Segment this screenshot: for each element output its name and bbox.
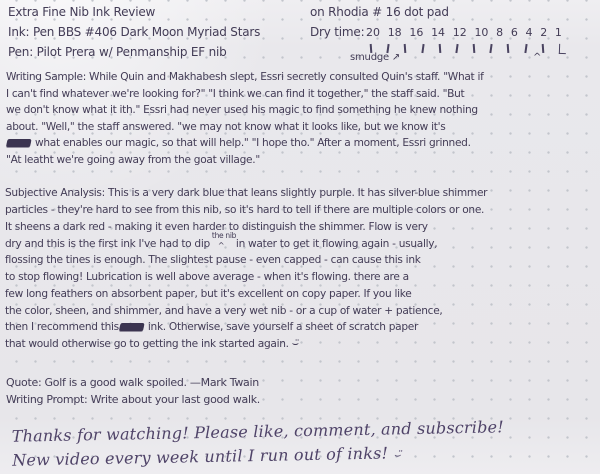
dry-time-scale: 20 18 16 14 12 10 8 6 4 2 1 xyxy=(366,26,562,39)
subjective-line: the color, sheen, and shimmer, and have … xyxy=(5,303,487,320)
writing-sample-line: I can't find whatever we're looking for?… xyxy=(6,86,484,103)
subjective-line: Subjective Analysis: This is a very dark… xyxy=(5,185,487,202)
writing-sample-line-text: what enables our magic, so that will hel… xyxy=(35,137,471,149)
writing-sample-line: what enables our magic, so that will hel… xyxy=(6,135,484,152)
dry-time-tick xyxy=(559,44,566,54)
writing-prompt-line: Writing Prompt: Write about your last go… xyxy=(6,391,260,408)
dry-time-value: 14 xyxy=(431,26,445,39)
writing-sample-line: Writing Sample: While Quin and Makhabesh… xyxy=(6,69,484,86)
outro-line-text: New video every week until I run out of … xyxy=(12,444,388,470)
scribble-redaction xyxy=(6,139,32,147)
subjective-line-text: ink. Otherwise, save yourself a sheet of… xyxy=(148,321,418,333)
subjective-line: then I recommend thisink. Otherwise, sav… xyxy=(5,319,487,336)
dry-time-value: 8 xyxy=(496,26,503,39)
subjective-line-text: that would otherwise go to getting the i… xyxy=(5,338,289,350)
subjective-line: to stop flowing! Lubrication is well abo… xyxy=(5,269,487,286)
smiley-doodle: ⌣̈ xyxy=(393,448,400,461)
subjective-line: that would otherwise go to getting the i… xyxy=(5,336,487,353)
dry-time-value: 18 xyxy=(388,26,402,39)
handwritten-ink-review-page: Extra Fine Nib Ink Review Ink: Pen BBS #… xyxy=(0,0,600,474)
dry-time-label: Dry time: xyxy=(310,22,364,42)
dry-time-tick xyxy=(404,44,406,53)
pen-label: Pen: xyxy=(8,45,33,59)
smudge-label: smudge xyxy=(350,52,389,63)
dry-time-tick xyxy=(490,44,493,53)
subjective-line: dry and this is the first ink I've had t… xyxy=(5,235,487,252)
paper-note: on Rhodia # 16 dot pad xyxy=(310,2,449,22)
pen-value: Pilot Prera w/ Penmanship EF nib xyxy=(37,45,227,59)
dry-time-tick xyxy=(438,44,440,53)
subjective-line-text: in water to get it flowing again - usual… xyxy=(236,238,437,250)
dry-time-value: 12 xyxy=(453,26,467,39)
dry-time-tick xyxy=(524,44,527,53)
pen-spec-line: Pen: Pilot Prera w/ Penmanship EF nib xyxy=(8,42,227,62)
smudge-annotation: smudge ↗ xyxy=(350,52,400,63)
smudge-arrow-icon: ↗ xyxy=(392,52,400,63)
subjective-line-text: dry and this is the first ink I've had t… xyxy=(5,238,210,250)
dry-time-value: 4 xyxy=(526,26,533,39)
subjective-line: few long feathers on absorbent paper, bu… xyxy=(5,286,487,303)
quote-line: Quote: Golf is a good walk spoiled. —Mar… xyxy=(6,374,260,391)
dry-time-value: 1 xyxy=(555,26,562,39)
dry-time-value: 6 xyxy=(511,26,518,39)
subjective-line: particles - they're hard to see from thi… xyxy=(5,202,487,219)
caret-insertion: the nib^ xyxy=(210,235,236,247)
smiley-doodle: ⌣̈ xyxy=(292,337,299,350)
writing-sample-paragraph: Writing Sample: While Quin and Makhabesh… xyxy=(6,69,484,168)
dry-time-tick xyxy=(421,44,424,53)
insertion-caret-icon: ^ xyxy=(218,238,224,255)
caret-mark: ^ xyxy=(533,52,541,63)
dry-time-value: 2 xyxy=(540,26,547,39)
outro-block: Thanks for watching! Please like, commen… xyxy=(12,415,505,474)
dry-time-value: 16 xyxy=(409,26,423,39)
subjective-analysis-paragraph: Subjective Analysis: This is a very dark… xyxy=(5,185,487,353)
writing-sample-line: "At leatht we're going away from the goa… xyxy=(6,152,484,169)
subjective-line-text: then I recommend this xyxy=(5,321,119,333)
quote-block: Quote: Golf is a good walk spoiled. —Mar… xyxy=(6,374,260,408)
dry-time-tick xyxy=(455,44,458,53)
dry-time-value: 10 xyxy=(474,26,488,39)
scribble-redaction xyxy=(119,323,145,331)
dry-time-tick xyxy=(473,44,475,53)
ink-label: Ink: xyxy=(8,25,29,39)
ink-value: Pen BBS #406 Dark Moon Myriad Stars xyxy=(33,25,260,39)
dry-time-value: 20 xyxy=(366,26,380,39)
subjective-line: flossing the tines is enough. The slight… xyxy=(5,252,487,269)
dry-time-tick xyxy=(541,44,543,53)
page-title: Extra Fine Nib Ink Review xyxy=(8,2,155,22)
ink-spec-line: Ink: Pen BBS #406 Dark Moon Myriad Stars xyxy=(8,22,260,42)
subjective-line: It sheens a dark red - making it even ha… xyxy=(5,219,487,236)
dry-time-tick xyxy=(507,44,509,53)
writing-sample-line: we don't know what it ith." Essri had ne… xyxy=(6,102,484,119)
writing-sample-line: about. "Well," the staff answered. "we m… xyxy=(6,119,484,136)
